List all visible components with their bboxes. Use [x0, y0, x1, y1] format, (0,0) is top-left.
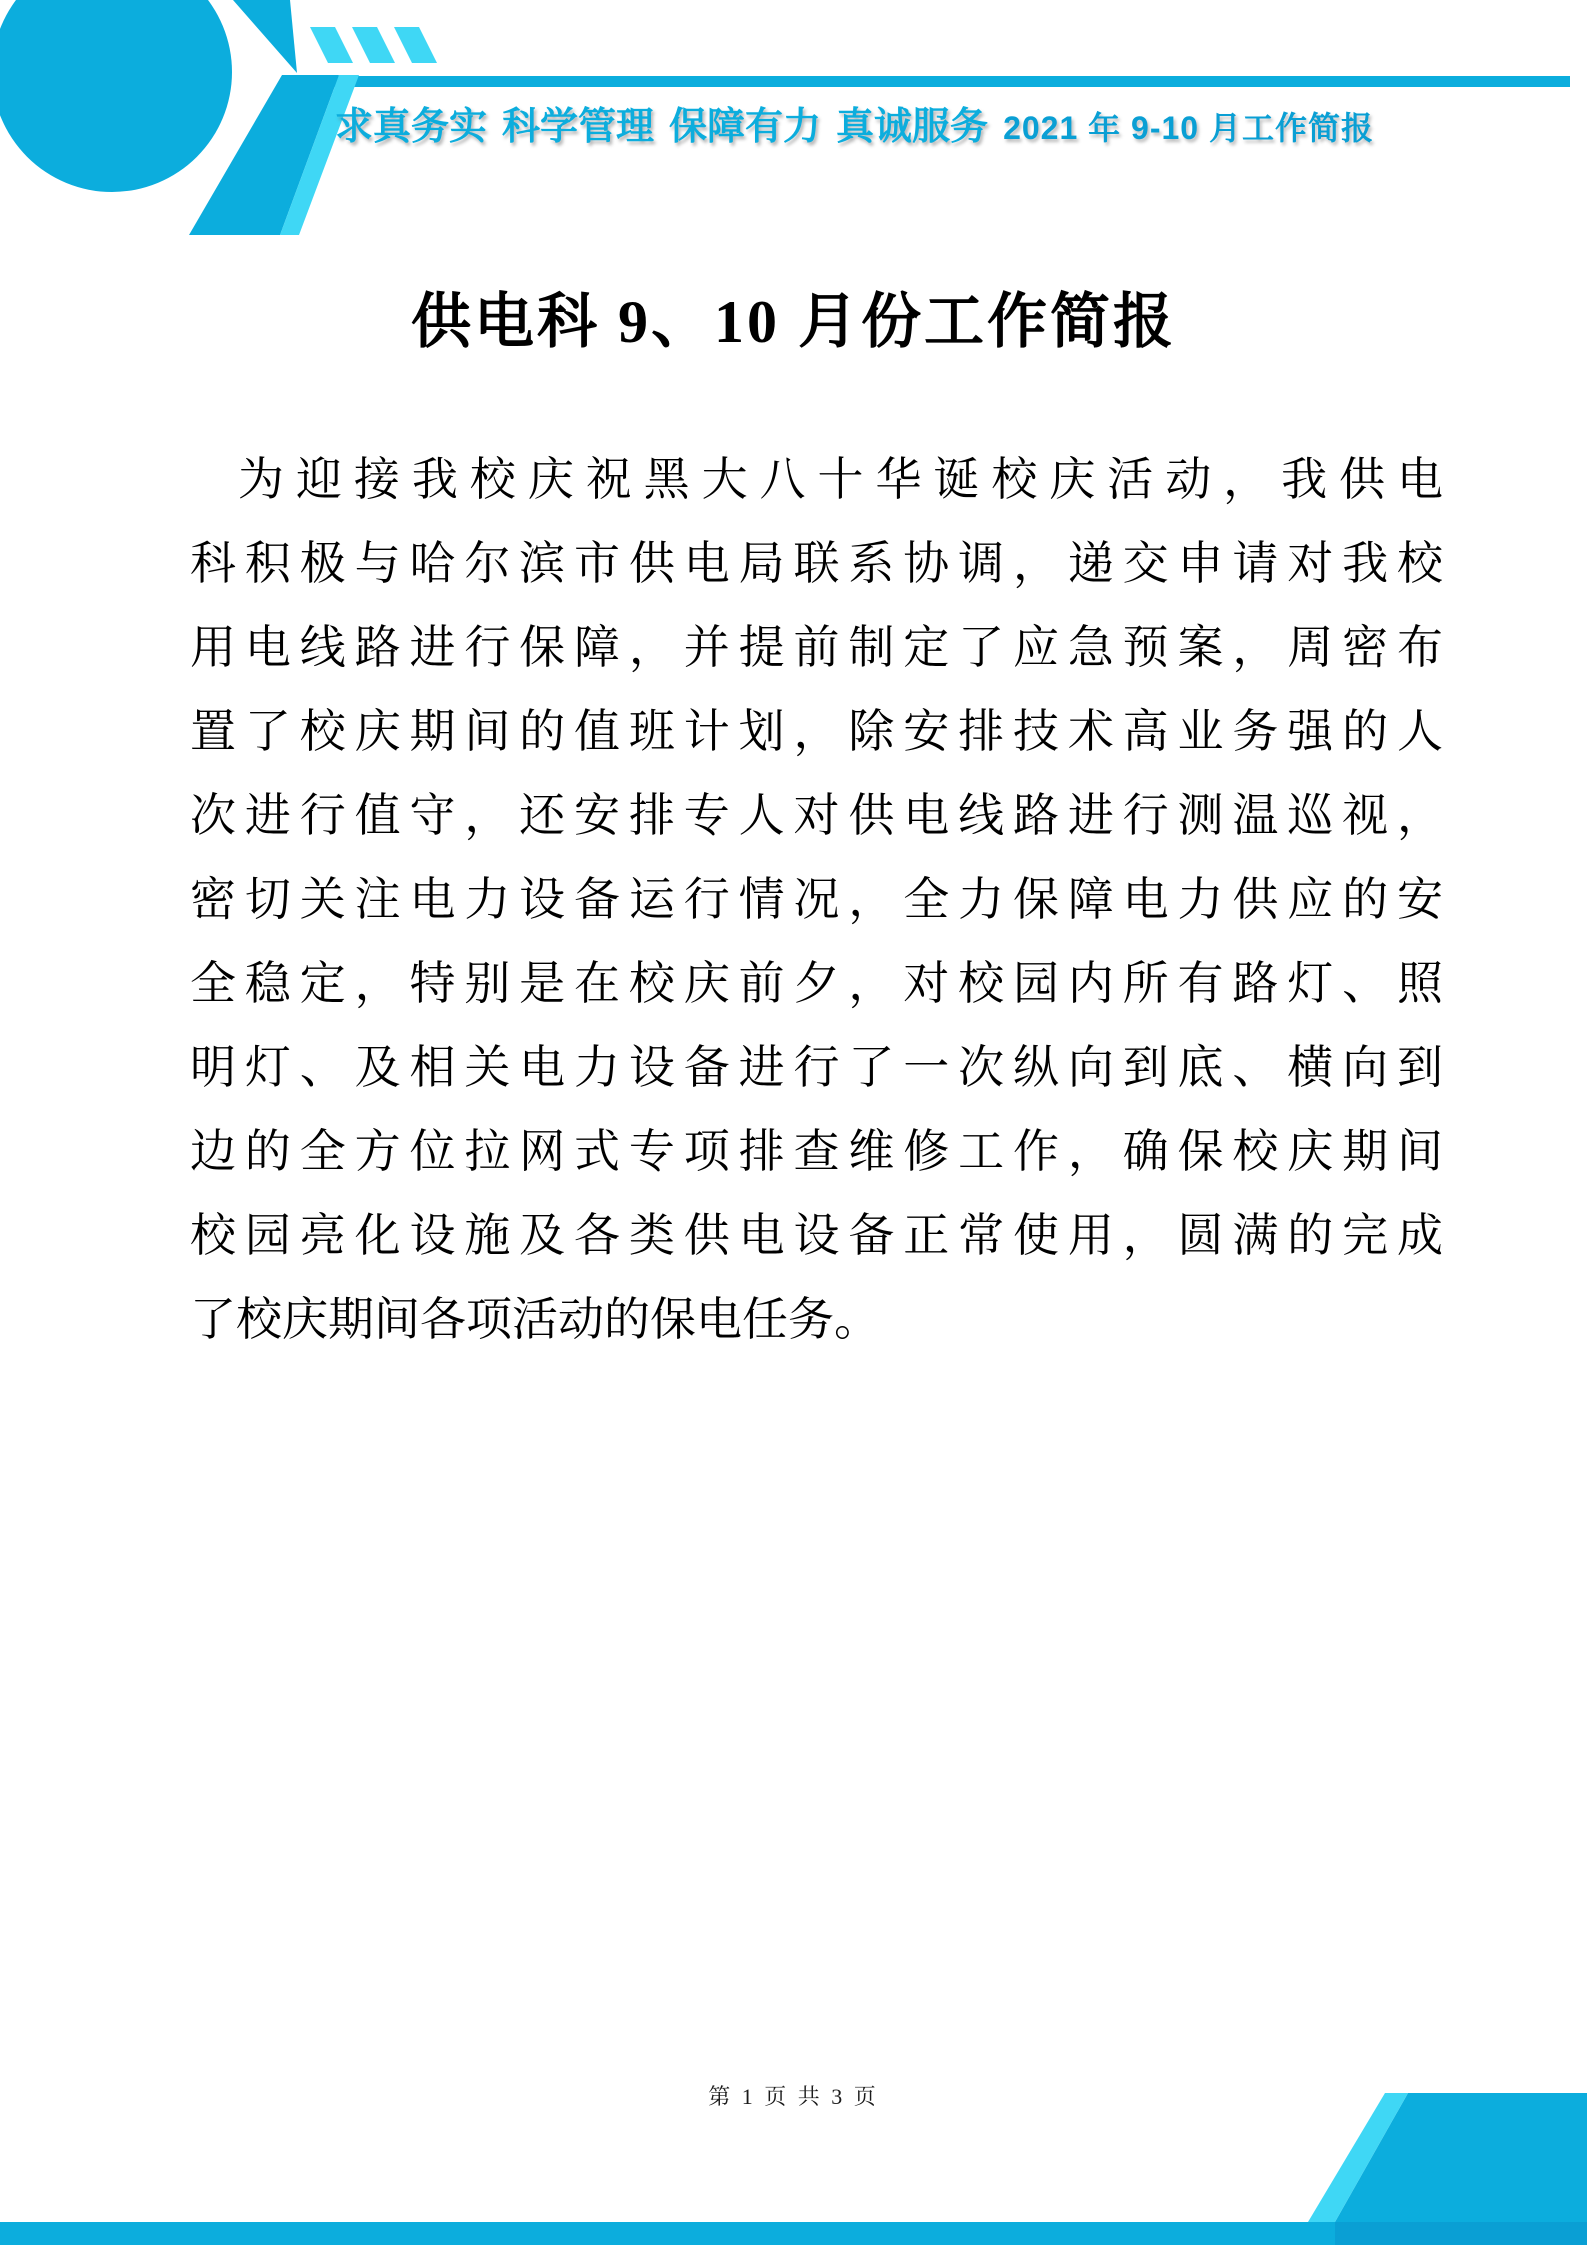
body-line: 次进行值守，还安排专人对供电线路进行测温巡视，	[190, 774, 1443, 858]
body-line: 全稳定，特别是在校庆前夕，对校园内所有路灯、照	[190, 942, 1443, 1026]
body-line: 边的全方位拉网式专项排查维修工作，确保校庆期间	[190, 1110, 1443, 1194]
header-horizontal-bar	[297, 76, 1570, 87]
footer-decoration	[0, 2085, 1587, 2245]
body-line: 校园亮化设施及各类供电设备正常使用，圆满的完成	[190, 1194, 1443, 1278]
header-arrow-icon	[233, 0, 297, 73]
body-line: 科积极与哈尔滨市供电局联系协调，递交申请对我校	[190, 522, 1443, 606]
report-page: 求真务实科学管理保障有力真诚服务2021 年 9-10 月工作简报 供电科 9、…	[0, 0, 1587, 2245]
slogan-phrase: 真诚服务	[836, 106, 988, 148]
footer-corner-band-icon	[1335, 2093, 1587, 2222]
header-circle-shape	[0, 0, 232, 192]
body-line: 用电线路进行保障，并提前制定了应急预案，周密布	[190, 606, 1443, 690]
body-paragraph: 为迎接我校庆祝黑大八十华诞校庆活动，我供电 科积极与哈尔滨市供电局联系协调，递交…	[190, 438, 1443, 1362]
issue-label: 2021 年 9-10 月工作简报	[1003, 110, 1374, 146]
body-line: 为迎接我校庆祝黑大八十华诞校庆活动，我供电	[190, 438, 1443, 522]
body-line: 密切关注电力设备运行情况，全力保障电力供应的安	[190, 858, 1443, 942]
slogan-phrase: 保障有力	[669, 106, 821, 148]
footer-bottom-bar-right	[1335, 2222, 1587, 2245]
body-line: 置了校庆期间的值班计划，除安排技术高业务强的人	[190, 690, 1443, 774]
body-line: 明灯、及相关电力设备进行了一次纵向到底、横向到	[190, 1026, 1443, 1110]
page-title: 供电科 9、10 月份工作简报	[0, 274, 1587, 360]
slogan-phrase: 科学管理	[502, 106, 654, 148]
slogan-phrase: 求真务实	[335, 106, 487, 148]
header-stripes-icon	[310, 27, 437, 63]
body-line: 了校庆期间各项活动的保电任务。	[190, 1278, 1443, 1362]
header-slogan: 求真务实科学管理保障有力真诚服务2021 年 9-10 月工作简报	[335, 102, 1374, 160]
